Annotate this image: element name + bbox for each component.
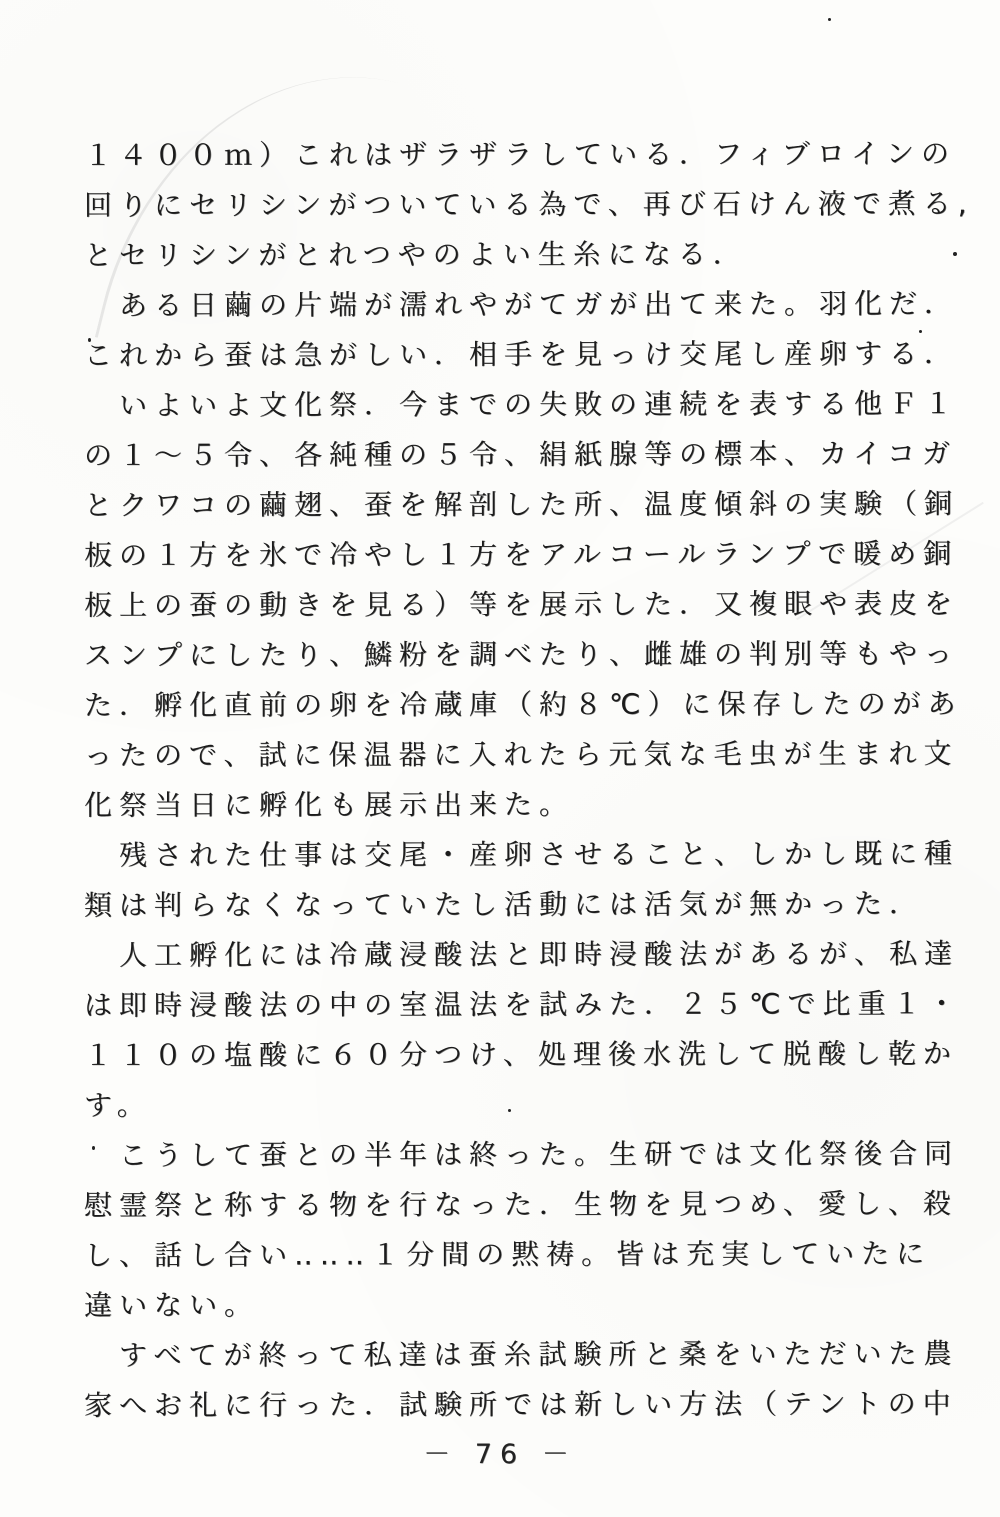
text-line: ある日繭の片端が濡れやがてガが出て来た。羽化だ． xyxy=(84,279,950,331)
text-line: た．孵化直前の卵を冷蔵庫（約８℃）に保存したのがあ xyxy=(84,679,950,731)
text-line: 板の１方を氷で冷やし１方をアルコールランプで暖め銅 xyxy=(84,529,950,581)
text-line: スンプにしたり、鱗粉を調べたり、雌雄の判別等もやっ xyxy=(84,629,950,681)
text-line: し、話し合い‥‥‥１分間の黙祷。皆は充実していたに xyxy=(84,1229,950,1281)
text-line: 化祭当日に孵化も展示出来た。 xyxy=(84,779,950,831)
text-line: これから蚕は急がしい．相手を見っけ交尾し産卵する． xyxy=(84,329,950,381)
scan-speck xyxy=(953,252,957,256)
text-line: す。 xyxy=(84,1079,950,1131)
scanned-page: １４００ｍ）これはザラザラしている．フィブロインの回りにセリシンがついている為で… xyxy=(0,0,1000,1517)
text-line: とセリシンがとれつやのよい生糸になる． xyxy=(84,229,950,281)
body-text: １４００ｍ）これはザラザラしている．フィブロインの回りにセリシンがついている為で… xyxy=(84,130,950,1430)
text-line: 板上の蚕の動きを見る）等を展示した．又複眼や表皮を xyxy=(84,579,950,631)
text-line: 類は判らなくなっていたし活動には活気が無かった． xyxy=(84,879,950,931)
text-line: 違いない。 xyxy=(84,1279,950,1331)
text-line: こうして蚕との半年は終った。生研では文化祭後合同 xyxy=(84,1129,950,1181)
text-line: 家へお礼に行った．試験所では新しい方法（テントの中 xyxy=(84,1379,950,1431)
text-line: は即時浸酸法の中の室温法を試みた．２５℃で比重１・ xyxy=(84,979,950,1031)
text-line: １１０の塩酸に６０分つけ、処理後水洗して脱酸し乾か xyxy=(84,1029,950,1081)
text-line: とクワコの繭翅、蚕を解剖した所、温度傾斜の実験（銅 xyxy=(84,479,950,531)
scan-speck xyxy=(828,18,831,21)
text-line: 回りにセリシンがついている為で、再び石けん液で煮る, xyxy=(84,179,950,231)
text-line: 人工孵化には冷蔵浸酸法と即時浸酸法があるが、私達 xyxy=(84,929,950,981)
text-line: ったので、試に保温器に入れたら元気な毛虫が生まれ文 xyxy=(84,729,950,781)
text-line: １４００ｍ）これはザラザラしている．フィブロインの xyxy=(84,129,950,181)
text-line: いよいよ文化祭．今までの失敗の連続を表する他Ｆ１ xyxy=(84,379,950,431)
text-line: の１～５令、各純種の５令、絹紙腺等の標本、カイコガ xyxy=(84,429,950,481)
page-number: － 76 － xyxy=(0,1432,1000,1471)
text-line: 残された仕事は交尾・産卵させること、しかし既に種 xyxy=(84,829,950,881)
text-line: 慰霊祭と称する物を行なった．生物を見つめ、愛し、殺 xyxy=(84,1179,950,1231)
text-line: すべてが終って私達は蚕糸試験所と桑をいただいた農 xyxy=(84,1329,950,1381)
